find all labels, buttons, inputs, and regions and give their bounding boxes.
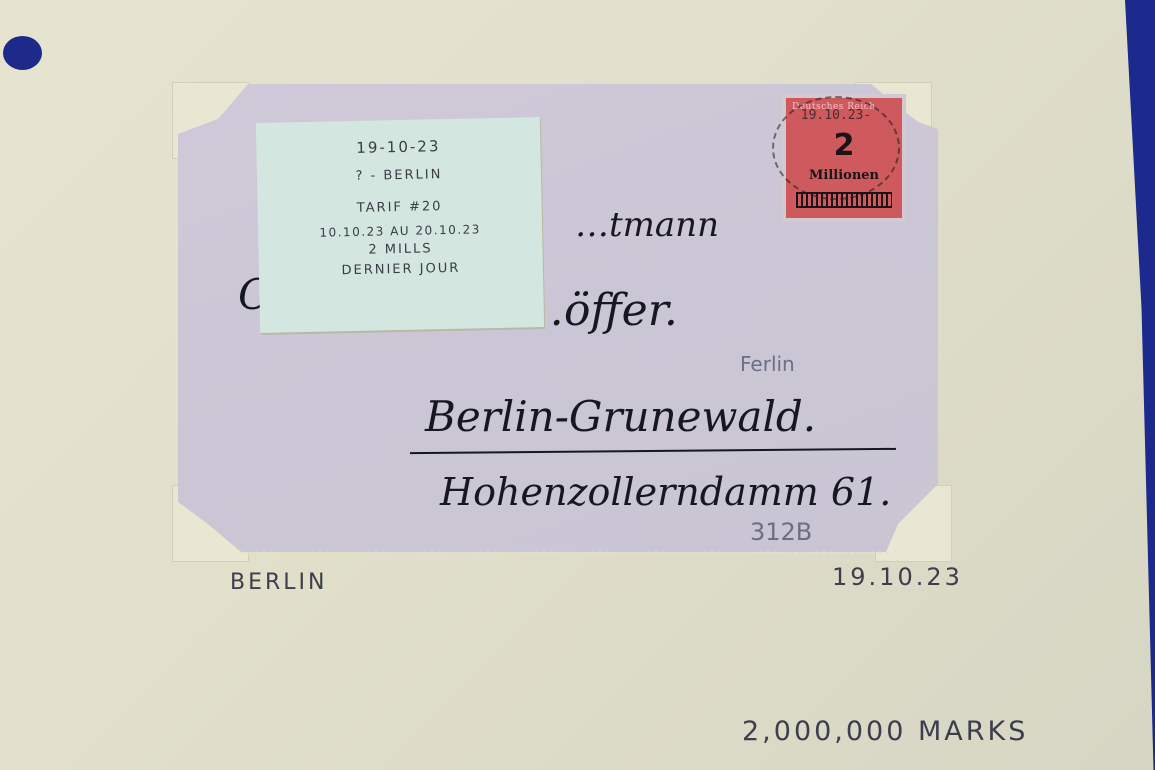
- address-line-3: Berlin-Grunewald.: [425, 392, 816, 441]
- sticky-line: 10.10.23 AU 20.10.23: [258, 221, 542, 241]
- address-line-4: Hohenzollerndamm 61.: [440, 470, 891, 514]
- date-label: 19.10.23: [832, 563, 963, 591]
- sticky-line: TARIF #20: [258, 197, 542, 218]
- value-label: 2,000,000 MARKS: [742, 716, 1028, 747]
- origin-label: BERLIN: [230, 570, 327, 595]
- album-page: …tmann C …öffer. Ferlin Berlin-Grunewald…: [0, 0, 1155, 770]
- sticky-note: 19-10-23 ? - BERLIN TARIF #20 10.10.23 A…: [256, 117, 544, 333]
- sticky-line: ? - BERLIN: [257, 165, 541, 186]
- sticky-line: 2 MILLS: [258, 239, 542, 260]
- sticky-line: 19-10-23: [256, 135, 540, 159]
- binder-hole: [3, 36, 42, 70]
- binder-edge: [1125, 0, 1155, 770]
- postmark-date: 19.10.23-: [774, 108, 898, 123]
- pencil-note-1: Ferlin: [740, 352, 795, 376]
- address-line-1: …tmann: [575, 205, 719, 245]
- postmark: 19.10.23-: [772, 96, 900, 200]
- perforated-edge: [240, 548, 890, 554]
- sticky-line: DERNIER JOUR: [259, 259, 543, 280]
- pencil-note-2: 312B: [750, 518, 812, 546]
